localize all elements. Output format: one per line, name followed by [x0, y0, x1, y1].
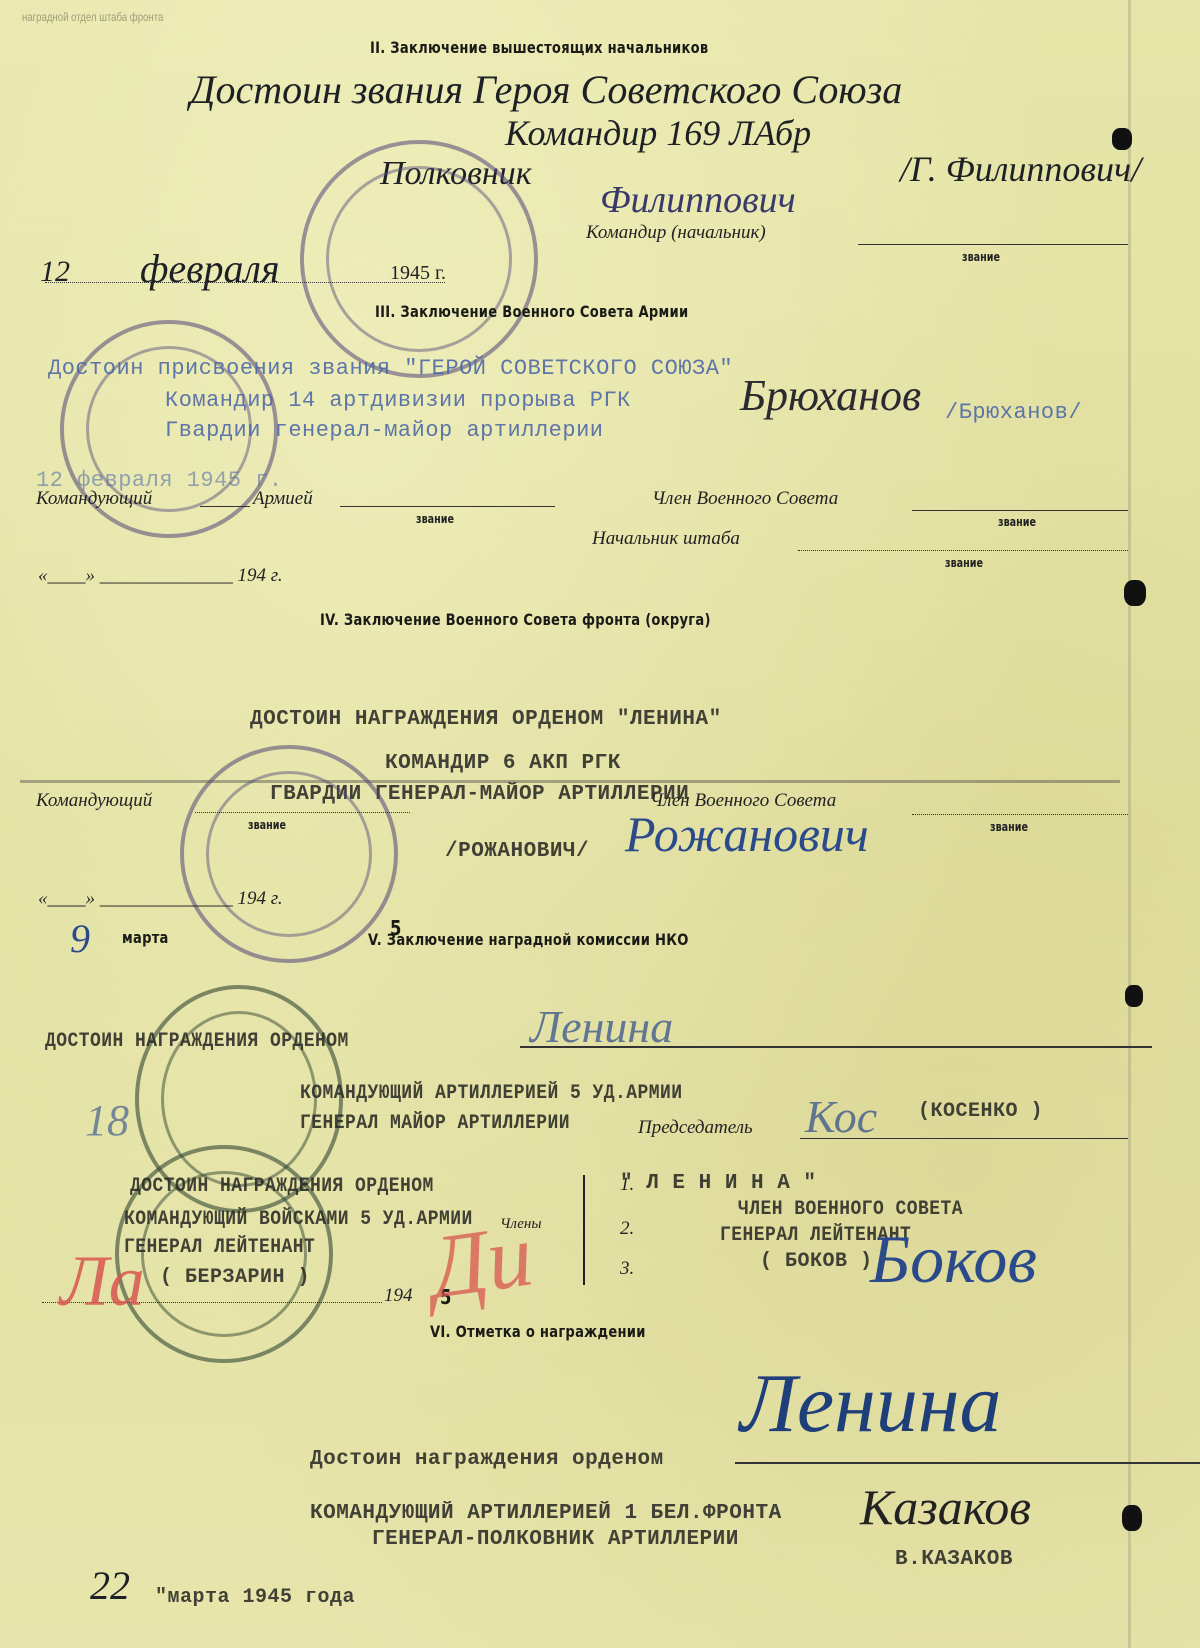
- commander-label: Командующий: [36, 790, 152, 812]
- typed-conclusion: Достоин награждения орденом: [310, 1448, 664, 1471]
- typed-date: "марта 1945 года: [155, 1586, 355, 1609]
- date-template: «____» ______________ 194 г.: [38, 888, 283, 910]
- army-commander-rank-line: [340, 506, 555, 507]
- rank-caption: звание: [416, 512, 454, 526]
- typed-name: (КОСЕНКО ): [918, 1100, 1043, 1123]
- rank-caption: звание: [998, 515, 1036, 529]
- typed-conclusion-2: ДОСТОИН НАГРАЖДЕНИЯ ОРДЕНОМ: [130, 1175, 434, 1198]
- rank-caption: звание: [962, 250, 1000, 264]
- date-line: [45, 282, 445, 283]
- typed-name: В.КАЗАКОВ: [895, 1548, 1013, 1571]
- section-5-heading: V. Заключение наградной комиссии НКО: [368, 930, 689, 949]
- punch-hole: [1112, 128, 1132, 150]
- council-member-rank-line: [912, 510, 1128, 511]
- handwritten-order: Ленина: [740, 1355, 1002, 1452]
- council-member-label: Член Военного Совета: [652, 488, 838, 510]
- army-number-line: [200, 506, 250, 507]
- chairman-label: Председатель: [638, 1117, 753, 1139]
- red-pencil-mark: Ди: [423, 1203, 539, 1319]
- order-line: [735, 1462, 1200, 1464]
- typed-rank: ГЕНЕРАЛ МАЙОР АРТИЛЛЕРИИ: [300, 1112, 570, 1135]
- official-stamp: [300, 140, 538, 378]
- punch-hole: [1124, 580, 1146, 606]
- typed-position: КОМАНДУЮЩИЙ АРТИЛЛЕРИЕЙ 5 УД.АРМИИ: [300, 1082, 683, 1105]
- chairman-signature: Кос: [805, 1090, 877, 1143]
- typed-position: КОМАНДУЮЩИЙ АРТИЛЛЕРИЕЙ 1 БЕЛ.ФРОНТА: [310, 1502, 782, 1525]
- member-number-2: 2.: [620, 1218, 634, 1240]
- typed-conclusion: ДОСТОИН НАГРАЖДЕНИЯ ОРДЕНОМ: [45, 1030, 349, 1053]
- rank-caption: звание: [248, 818, 286, 832]
- members-divider: [583, 1175, 585, 1285]
- typed-position-2: КОМАНДУЮЩИЙ ВОЙСКАМИ 5 УД.АРМИИ: [124, 1208, 473, 1231]
- commander-rank-line: [195, 812, 410, 813]
- signature: Филиппович: [600, 178, 796, 222]
- date-year-label: 194: [384, 1285, 413, 1307]
- member-number-3: 3.: [620, 1258, 634, 1280]
- section-3-heading: III. Заключение Военного Совета Армии: [375, 302, 688, 321]
- date-template: «____» ______________ 194 г.: [38, 565, 283, 587]
- typed-name-2: ( БЕРЗАРИН ): [160, 1266, 310, 1289]
- signature: Казаков: [860, 1478, 1031, 1536]
- army-label: Армией: [253, 488, 313, 510]
- hand-date-day: 9: [70, 915, 90, 962]
- page-fold-line: [1128, 0, 1131, 1648]
- typed-order: " Л Е Н И Н А ": [620, 1172, 817, 1195]
- hand-date-day: 22: [90, 1562, 130, 1609]
- rank-caption: звание: [945, 556, 983, 570]
- red-pencil-resolution: Ла: [60, 1240, 145, 1323]
- member-name: ( БОКОВ ): [760, 1250, 873, 1273]
- chief-of-staff-label: Начальник штаба: [592, 528, 740, 550]
- army-commander-label: Командующий: [36, 488, 152, 510]
- member-signature: Боков: [870, 1220, 1037, 1299]
- typed-conclusion: Достоин присвоения звания "ГЕРОЙ СОВЕТСК…: [48, 356, 733, 381]
- signature: Брюханов: [740, 370, 921, 421]
- date-day: 12: [40, 255, 70, 289]
- member-position: ЧЛЕН ВОЕННОГО СОВЕТА: [738, 1198, 963, 1221]
- order-line: [520, 1046, 1152, 1048]
- official-stamp: [180, 745, 398, 963]
- typed-name: /РОЖАНОВИЧ/: [445, 840, 589, 863]
- faded-header-text: наградной отдел штаба фронта: [22, 10, 163, 24]
- member-number-1: 1.: [620, 1174, 634, 1196]
- handwritten-name: /Г. Филиппович/: [900, 148, 1141, 190]
- chief-of-staff-rank-line: [798, 550, 1128, 551]
- hand-date-day: 18: [85, 1095, 129, 1146]
- date-month: февраля: [140, 245, 280, 292]
- section-6-heading: VI. Отметка о награждении: [430, 1322, 646, 1341]
- rank-caption: звание: [990, 820, 1028, 834]
- section-4-heading: IV. Заключение Военного Совета фронта (о…: [320, 610, 711, 629]
- typed-position: КОМАНДИР 6 АКП РГК: [385, 752, 621, 775]
- commander-label: Командир (начальник): [586, 222, 766, 244]
- punch-hole: [1125, 985, 1143, 1007]
- handwritten-position: Командир 169 ЛАбр: [505, 112, 811, 154]
- council-member-rank-line: [912, 814, 1128, 815]
- typed-rank: Гвардии генерал-майор артиллерии: [165, 418, 603, 443]
- typed-name: /Брюханов/: [945, 400, 1082, 425]
- typed-rank: ГЕНЕРАЛ-ПОЛКОВНИК АРТИЛЛЕРИИ: [372, 1528, 739, 1551]
- typed-position: Командир 14 артдивизии прорыва РГК: [165, 388, 631, 413]
- typed-rank-2: ГЕНЕРАЛ ЛЕЙТЕНАНТ: [124, 1236, 315, 1259]
- handwritten-conclusion: Достоин звания Героя Советского Союза: [190, 66, 902, 113]
- signature: Рожанович: [625, 805, 869, 863]
- punch-hole: [1122, 1505, 1142, 1531]
- commander-rank-line: [858, 244, 1128, 245]
- section-2-heading: II. Заключение вышестоящих начальников: [370, 38, 708, 57]
- hand-date-month: марта: [122, 928, 169, 947]
- typed-conclusion: ДОСТОИН НАГРАЖДЕНИЯ ОРДЕНОМ "ЛЕНИНА": [250, 708, 722, 731]
